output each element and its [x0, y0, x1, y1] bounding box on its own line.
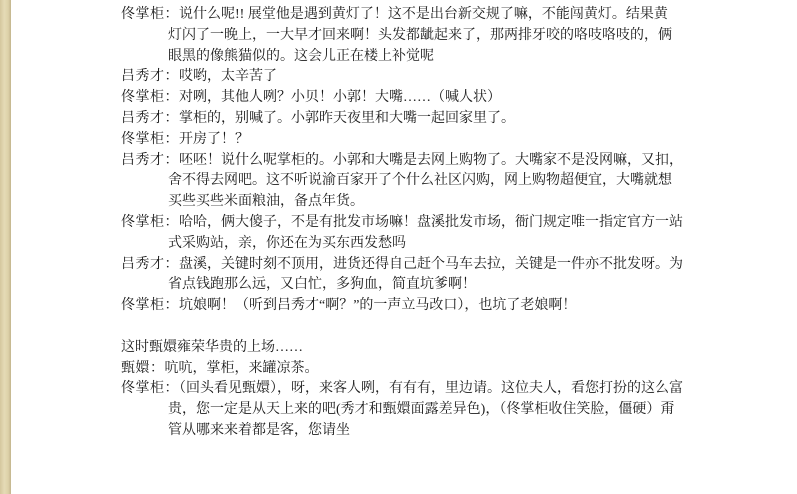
- speaker-name: 吕秀才：: [121, 153, 179, 168]
- speaker-name: 佟掌柜：: [121, 132, 179, 147]
- dialogue-line: 甄嬛：吭吭，掌柜，来罐凉茶。: [121, 359, 721, 380]
- dialogue-line: 吕秀才：哎哟，太辛苦了: [121, 67, 721, 88]
- dialogue-line-continuation: 贵，您一定是从天上来的吧(秀才和甄嬛面露差异色)，（佟掌柜收住笑脸，僵硬）甭: [121, 400, 721, 421]
- dialogue-text: 对咧，其他人咧？小贝！小郭！大嘴……（喊人状）: [179, 90, 501, 105]
- dialogue-paragraph: 佟掌柜：说什么呢!! 展堂他是遇到黄灯了！这不是出台新交规了嘛，不能闯黄灯。结果…: [121, 5, 721, 67]
- dialogue-line: 吕秀才：呸呸！说什么呢掌柜的。小郭和大嘴是去网上购物了。大嘴家不是没网嘛，又扣，: [121, 151, 721, 172]
- speaker-name: 吕秀才：: [121, 111, 179, 126]
- dialogue-line-continuation: 买些买些米面粮油，备点年货。: [121, 192, 721, 213]
- narration-paragraph: 这时甄嬛雍荣华贵的上场……: [121, 338, 721, 359]
- speaker-name: 佟掌柜：: [121, 381, 179, 396]
- speaker-name: 吕秀才：: [121, 69, 179, 84]
- dialogue-line: 吕秀才：掌柜的，别喊了。小郭昨天夜里和大嘴一起回家里了。: [121, 109, 721, 130]
- dialogue-paragraph: 吕秀才：掌柜的，别喊了。小郭昨天夜里和大嘴一起回家里了。: [121, 109, 721, 130]
- dialogue-line: 佟掌柜：开房了！？: [121, 130, 721, 151]
- dialogue-paragraph: 甄嬛：吭吭，掌柜，来罐凉茶。: [121, 359, 721, 380]
- dialogue-line-continuation: 省点钱跑那么远，又白忙，多狗血，简直坑爹啊！: [121, 275, 721, 296]
- dialogue-line: 佟掌柜：哈哈，俩大傻子，不是有批发市场嘛！盘溪批发市场，衙门规定唯一指定官方一站: [121, 213, 721, 234]
- narration-line: 这时甄嬛雍荣华贵的上场……: [121, 338, 721, 359]
- dialogue-text: 哎哟，太辛苦了: [179, 69, 277, 84]
- speaker-name: 吕秀才：: [121, 257, 179, 272]
- speaker-name: 佟掌柜：: [121, 90, 179, 105]
- speaker-name: 甄嬛：: [121, 361, 165, 376]
- dialogue-paragraph: 吕秀才：哎哟，太辛苦了: [121, 67, 721, 88]
- dialogue-line: 佟掌柜：对咧，其他人咧？小贝！小郭！大嘴……（喊人状）: [121, 88, 721, 109]
- dialogue-line: 吕秀才：盘溪，关键时刻不顶用，进货还得自己赶个马车去拉，关键是一件亦不批发呀。为: [121, 255, 721, 276]
- dialogue-text: 开房了！？: [179, 132, 249, 147]
- dialogue-line-continuation: 式采购站，亲，你还在为买东西发愁吗: [121, 234, 721, 255]
- dialogue-text: （回头看见甄嬛），呀，来客人咧，有有有，里边请。这位夫人，看您打扮的这么富: [179, 381, 683, 396]
- speaker-name: 佟掌柜：: [121, 215, 179, 230]
- dialogue-paragraph: 佟掌柜：开房了！？: [121, 130, 721, 151]
- dialogue-paragraph: 吕秀才：盘溪，关键时刻不顶用，进货还得自己赶个马车去拉，关键是一件亦不批发呀。为…: [121, 255, 721, 297]
- dialogue-line-continuation: 眼黑的像熊猫似的。这会儿正在楼上补觉呢: [121, 47, 721, 68]
- dialogue-text: 呸呸！说什么呢掌柜的。小郭和大嘴是去网上购物了。大嘴家不是没网嘛，又扣，: [179, 153, 683, 168]
- dialogue-paragraph: 佟掌柜：对咧，其他人咧？小贝！小郭！大嘴……（喊人状）: [121, 88, 721, 109]
- dialogue-line: 佟掌柜：说什么呢!! 展堂他是遇到黄灯了！这不是出台新交规了嘛，不能闯黄灯。结果…: [121, 5, 721, 26]
- dialogue-text: 吭吭，掌柜，来罐凉茶。: [165, 361, 319, 376]
- dialogue-line: 佟掌柜：坑娘啊！（听到吕秀才“啊？”的一声立马改口），也坑了老娘啊！: [121, 296, 721, 317]
- blank-line: [121, 317, 721, 338]
- document-page: 佟掌柜：说什么呢!! 展堂他是遇到黄灯了！这不是出台新交规了嘛，不能闯黄灯。结果…: [0, 0, 797, 494]
- dialogue-text: 盘溪，关键时刻不顶用，进货还得自己赶个马车去拉，关键是一件亦不批发呀。为: [179, 257, 683, 272]
- dialogue-text: 说什么呢!! 展堂他是遇到黄灯了！这不是出台新交规了嘛，不能闯黄灯。结果黄: [179, 7, 668, 22]
- dialogue-paragraph: 佟掌柜：坑娘啊！（听到吕秀才“啊？”的一声立马改口），也坑了老娘啊！: [121, 296, 721, 317]
- dialogue-paragraph: 吕秀才：呸呸！说什么呢掌柜的。小郭和大嘴是去网上购物了。大嘴家不是没网嘛，又扣，…: [121, 151, 721, 213]
- dialogue-line-continuation: 管从哪来来着都是客，您请坐: [121, 421, 721, 442]
- dialogue-line: 佟掌柜：（回头看见甄嬛），呀，来客人咧，有有有，里边请。这位夫人，看您打扮的这么…: [121, 379, 721, 400]
- script-text: 佟掌柜：说什么呢!! 展堂他是遇到黄灯了！这不是出台新交规了嘛，不能闯黄灯。结果…: [121, 5, 721, 442]
- dialogue-text: 掌柜的，别喊了。小郭昨天夜里和大嘴一起回家里了。: [179, 111, 515, 126]
- page-spine-texture: [0, 0, 11, 494]
- speaker-name: 佟掌柜：: [121, 7, 179, 22]
- dialogue-line-continuation: 灯闪了一晚上，一大早才回来啊！头发都龇起来了，那两排牙咬的咯吱咯吱的，俩: [121, 26, 721, 47]
- dialogue-paragraph: 佟掌柜：（回头看见甄嬛），呀，来客人咧，有有有，里边请。这位夫人，看您打扮的这么…: [121, 379, 721, 441]
- dialogue-text: 坑娘啊！（听到吕秀才“啊？”的一声立马改口），也坑了老娘啊！: [179, 298, 576, 313]
- speaker-name: 佟掌柜：: [121, 298, 179, 313]
- dialogue-line-continuation: 舍不得去网吧。这不听说渝百家开了个什么社区闪购，网上购物超便宜，大嘴就想: [121, 171, 721, 192]
- dialogue-paragraph: 佟掌柜：哈哈，俩大傻子，不是有批发市场嘛！盘溪批发市场，衙门规定唯一指定官方一站…: [121, 213, 721, 255]
- dialogue-text: 哈哈，俩大傻子，不是有批发市场嘛！盘溪批发市场，衙门规定唯一指定官方一站: [179, 215, 683, 230]
